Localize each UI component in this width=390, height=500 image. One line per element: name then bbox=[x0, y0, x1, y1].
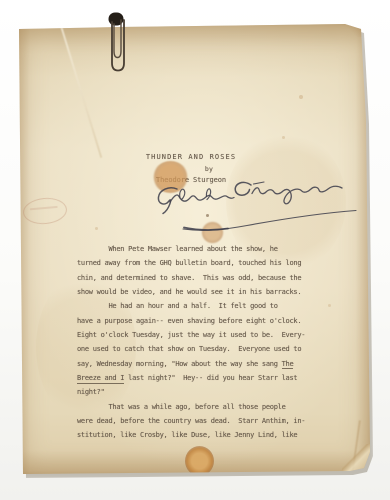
foxing-speck bbox=[206, 214, 209, 217]
byline-author: Theodore Sturgeon bbox=[60, 176, 322, 184]
typed-line: night?" bbox=[77, 385, 323, 399]
foxing-speck bbox=[95, 227, 98, 230]
foxing-speck bbox=[328, 304, 331, 307]
manuscript-photo: THUNDER AND ROSES by Theodore Sturgeon W… bbox=[0, 0, 390, 500]
typed-line: one used to catch that show on Tuesday. … bbox=[77, 342, 323, 356]
foxing-speck bbox=[299, 95, 303, 99]
typed-line: That was a while ago, before all those p… bbox=[77, 400, 323, 414]
typed-line: chin, and determined to shave. This was … bbox=[77, 271, 323, 285]
paper-toning-left bbox=[16, 22, 30, 476]
typed-line: When Pete Mawser learned about the show,… bbox=[77, 242, 323, 256]
coffee-stain-bottom bbox=[185, 446, 214, 476]
typed-line: turned away from the GHQ bulletin board,… bbox=[77, 256, 323, 270]
foxing-speck bbox=[282, 136, 285, 139]
typed-line: say, Wednesday morning, "How about the w… bbox=[77, 357, 323, 371]
typed-line: were dead, before the country was dead. … bbox=[77, 414, 323, 428]
coffee-stain-byline bbox=[152, 161, 189, 193]
typed-line: He had an hour and a half. It felt good … bbox=[77, 299, 323, 313]
typed-line: Breeze and I last night?" Hey-- did you … bbox=[77, 371, 323, 385]
byline-prefix: by bbox=[78, 165, 340, 173]
typed-line: have a purpose again-- even shaving befo… bbox=[77, 314, 323, 328]
stamp-smudge bbox=[30, 206, 58, 210]
manuscript-page: THUNDER AND ROSES by Theodore Sturgeon W… bbox=[16, 22, 372, 476]
title-block: THUNDER AND ROSES by Theodore Sturgeon bbox=[60, 153, 322, 184]
faint-oval-stamp bbox=[22, 196, 68, 226]
typed-line: Eight o'clock Tuesday, just the way it u… bbox=[77, 328, 323, 342]
typed-line: show would be video, and he would see it… bbox=[77, 285, 323, 299]
typed-body: When Pete Mawser learned about the show,… bbox=[77, 242, 323, 443]
typed-line: stitution, like Crosby, like Duse, like … bbox=[77, 428, 323, 442]
coffee-stain-middle bbox=[201, 221, 224, 244]
page-title: THUNDER AND ROSES bbox=[60, 153, 322, 161]
corner-crease-top-left bbox=[60, 25, 102, 158]
